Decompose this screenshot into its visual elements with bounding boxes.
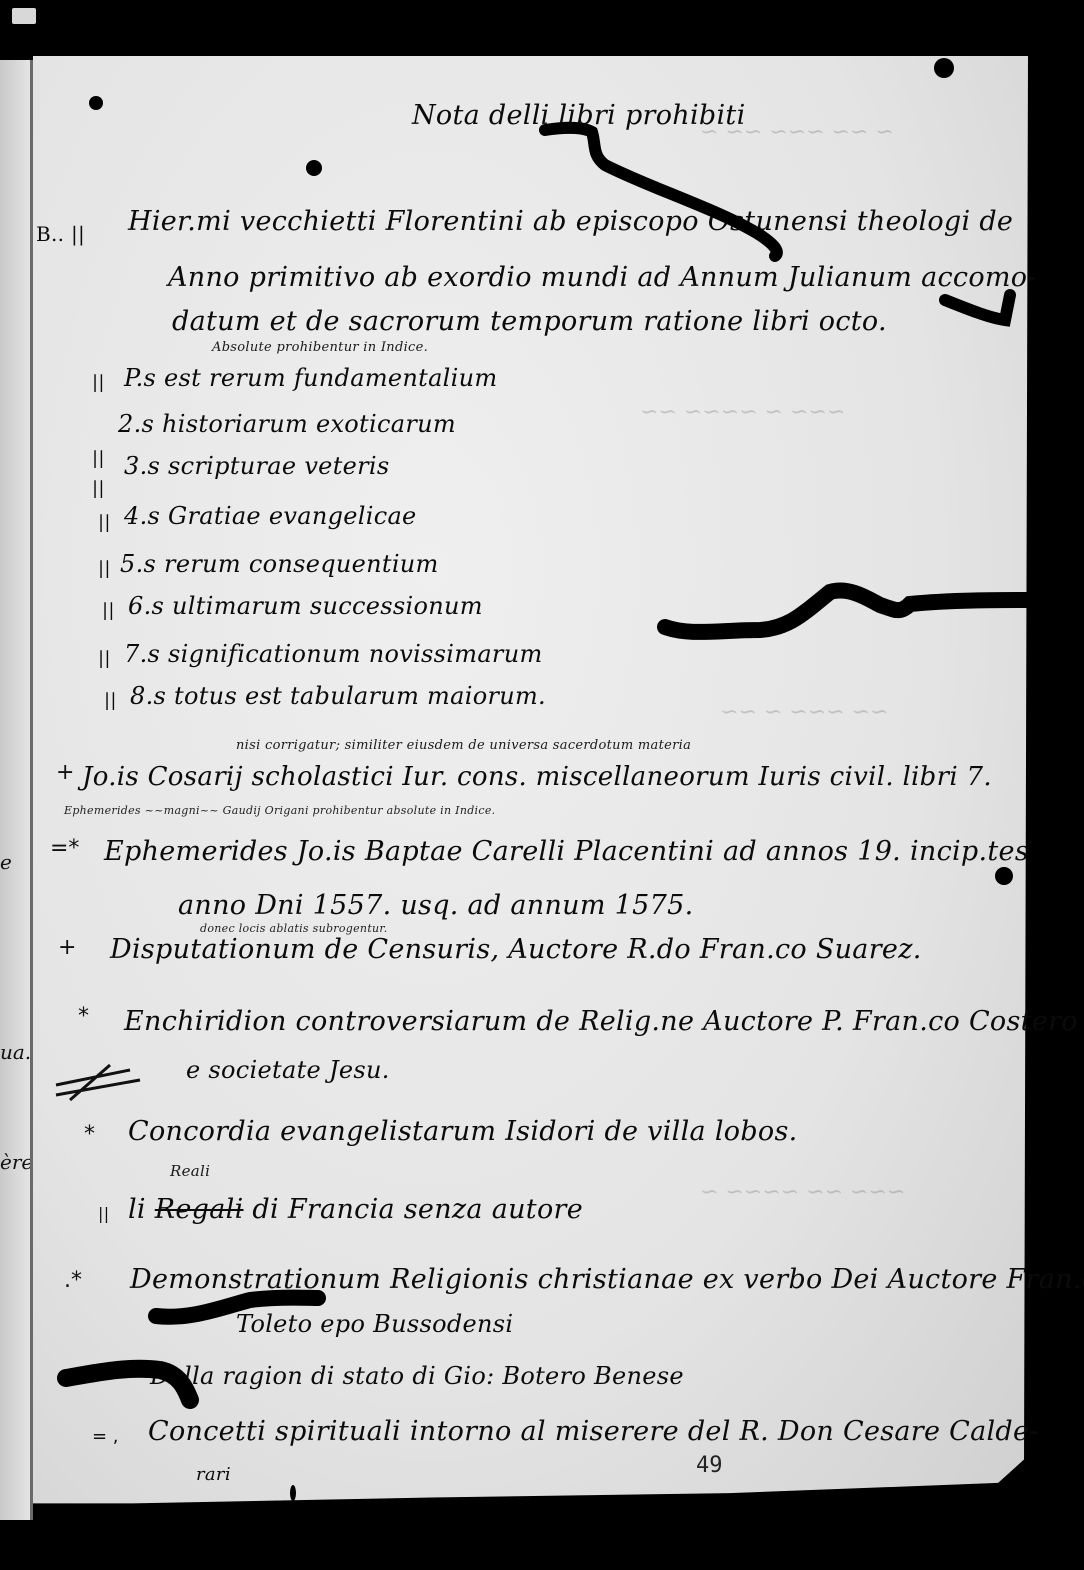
cancel-mark [56, 1065, 140, 1100]
ink-dot [306, 160, 322, 176]
ink-stroke [156, 1298, 318, 1317]
ink-stroke [66, 1369, 190, 1400]
ink-blots [0, 0, 1084, 1570]
ink-dot [89, 96, 103, 110]
ink-dot [934, 58, 954, 78]
ink-stroke [545, 128, 777, 256]
ink-dot [995, 867, 1013, 885]
ink-dot [290, 1485, 296, 1501]
ink-stroke [665, 591, 1030, 632]
ink-stroke [945, 295, 1010, 320]
